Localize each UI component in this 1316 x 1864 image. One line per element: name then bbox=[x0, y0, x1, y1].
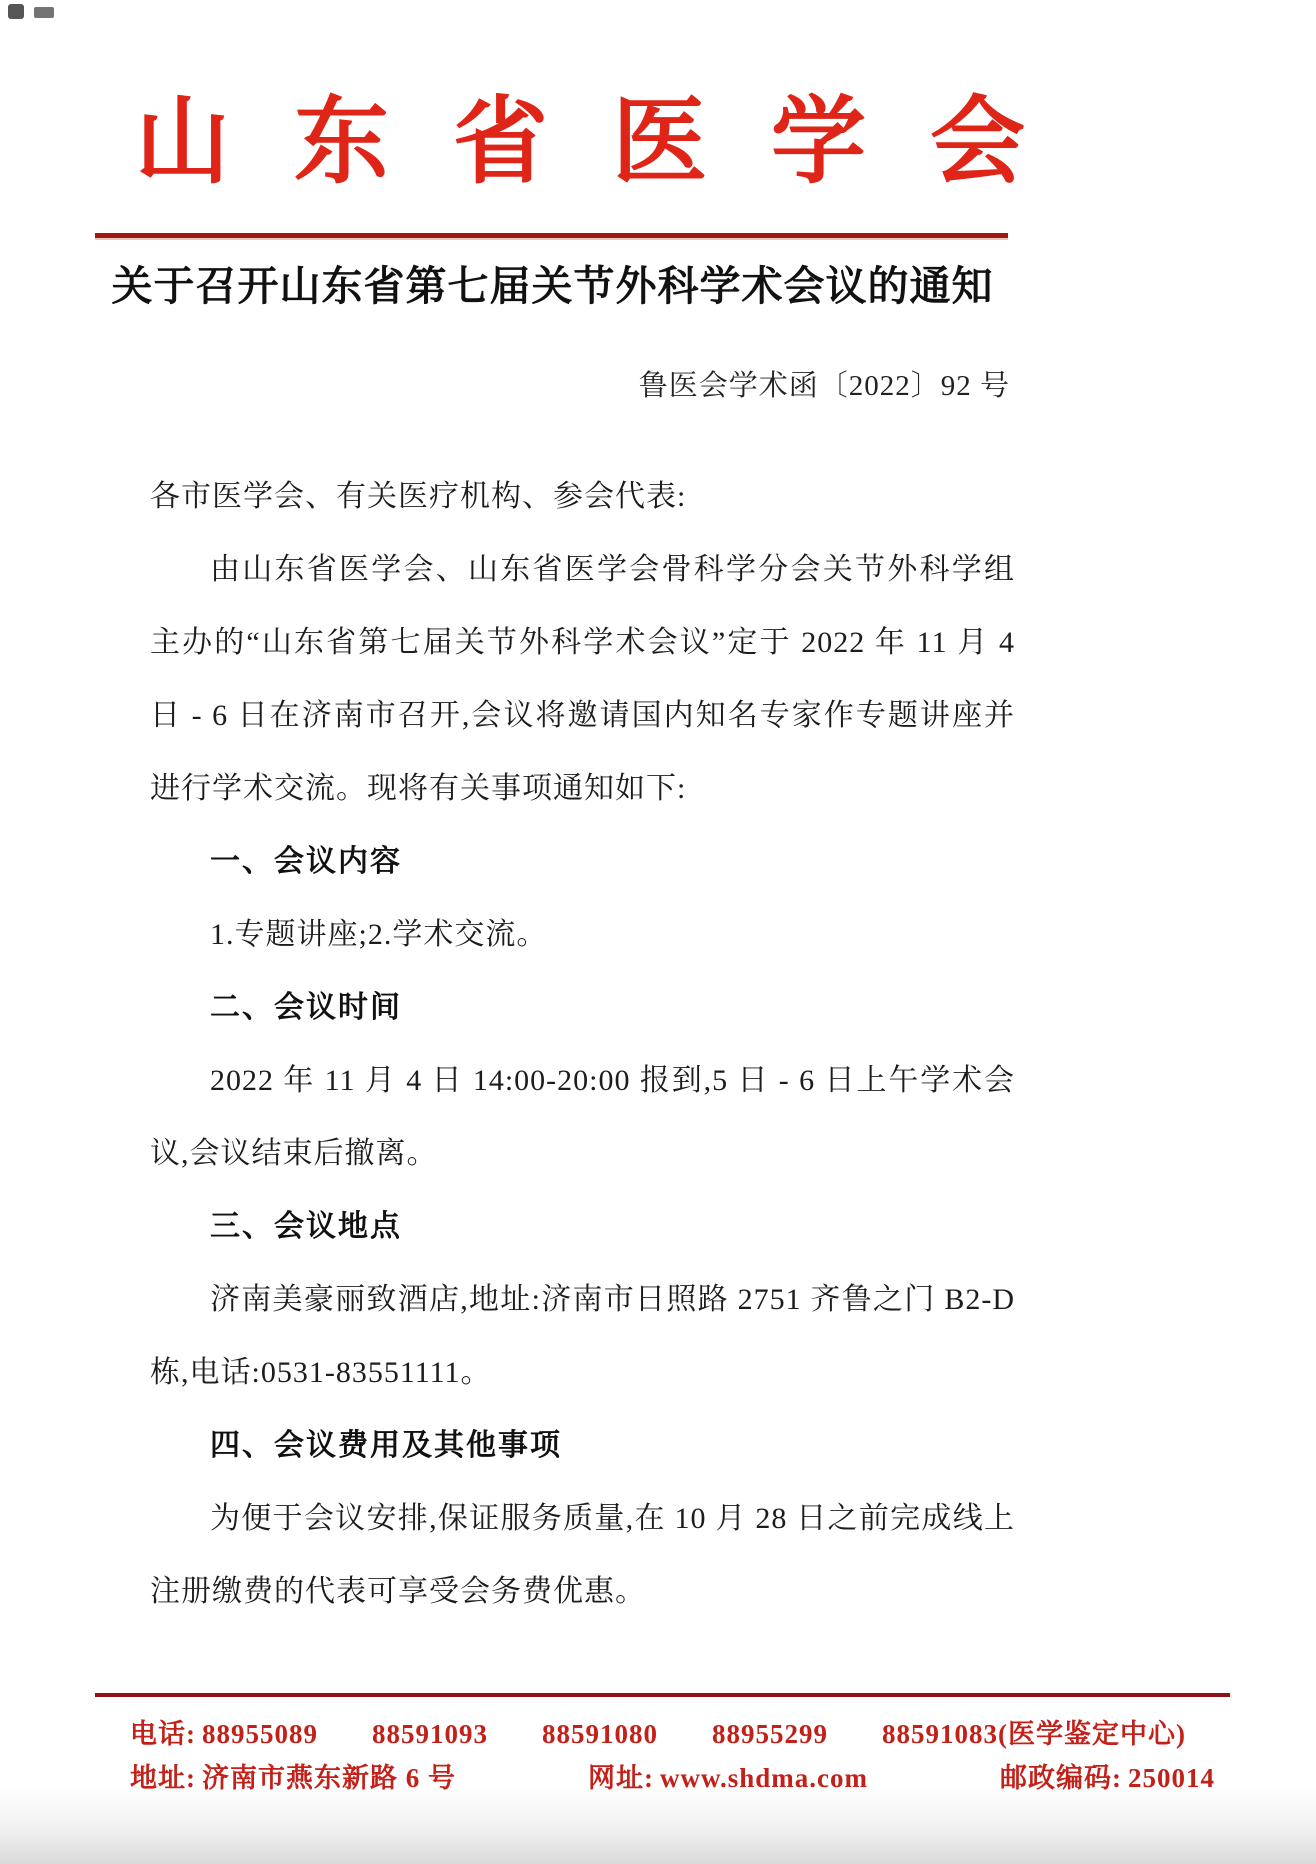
section-3-content: 济南美豪丽致酒店,地址:济南市日照路 2751 齐鲁之门 B2-D 栋,电话:0… bbox=[150, 1263, 1015, 1409]
notice-body: 各市医学会、有关医疗机构、参会代表: 由山东省医学会、山东省医学会骨科学分会关节… bbox=[150, 460, 1015, 1628]
org-name: 山东省医学会 bbox=[95, 78, 1010, 206]
phone-number: 88591080 bbox=[542, 1719, 658, 1750]
salutation: 各市医学会、有关医疗机构、参会代表: bbox=[150, 460, 1015, 533]
doc-number: 鲁医会学术函〔2022〕92 号 bbox=[95, 366, 1010, 406]
phone-number: 88955089 bbox=[202, 1719, 318, 1750]
section-2-content: 2022 年 11 月 4 日 14:00-20:00 报到,5 日 - 6 日… bbox=[150, 1044, 1015, 1190]
section-2-heading: 二、会议时间 bbox=[150, 971, 1015, 1044]
intro-paragraph: 由山东省医学会、山东省医学会骨科学分会关节外科学组主办的“山东省第七届关节外科学… bbox=[150, 533, 1015, 825]
scan-shadow bbox=[0, 1786, 1316, 1864]
footer-divider-line bbox=[95, 1693, 1230, 1697]
phone-number: 88955299 bbox=[712, 1719, 828, 1750]
footer-phone-row: 电话: 88955089 88591093 88591080 88955299 … bbox=[130, 1712, 1230, 1751]
section-4-content: 为便于会议安排,保证服务质量,在 10 月 28 日之前完成线上注册缴费的代表可… bbox=[150, 1482, 1015, 1628]
phone-label: 电话: bbox=[130, 1712, 196, 1751]
section-1-content: 1.专题讲座;2.学术交流。 bbox=[150, 898, 1015, 971]
notice-title: 关于召开山东省第七届关节外科学术会议的通知 bbox=[95, 258, 1010, 314]
section-4-heading: 四、会议费用及其他事项 bbox=[150, 1409, 1015, 1482]
phone-note: (医学鉴定中心) bbox=[998, 1712, 1186, 1751]
scanned-notice-page: 山东省医学会 关于召开山东省第七届关节外科学术会议的通知 鲁医会学术函〔2022… bbox=[0, 0, 1316, 1864]
section-1-heading: 一、会议内容 bbox=[150, 825, 1015, 898]
section-3-heading: 三、会议地点 bbox=[150, 1190, 1015, 1263]
header-divider-line bbox=[95, 233, 1008, 238]
phone-number: 88591093 bbox=[372, 1719, 488, 1750]
scan-artifact bbox=[8, 4, 24, 19]
phone-number: 88591083 bbox=[882, 1719, 998, 1750]
scan-artifact bbox=[34, 7, 54, 18]
